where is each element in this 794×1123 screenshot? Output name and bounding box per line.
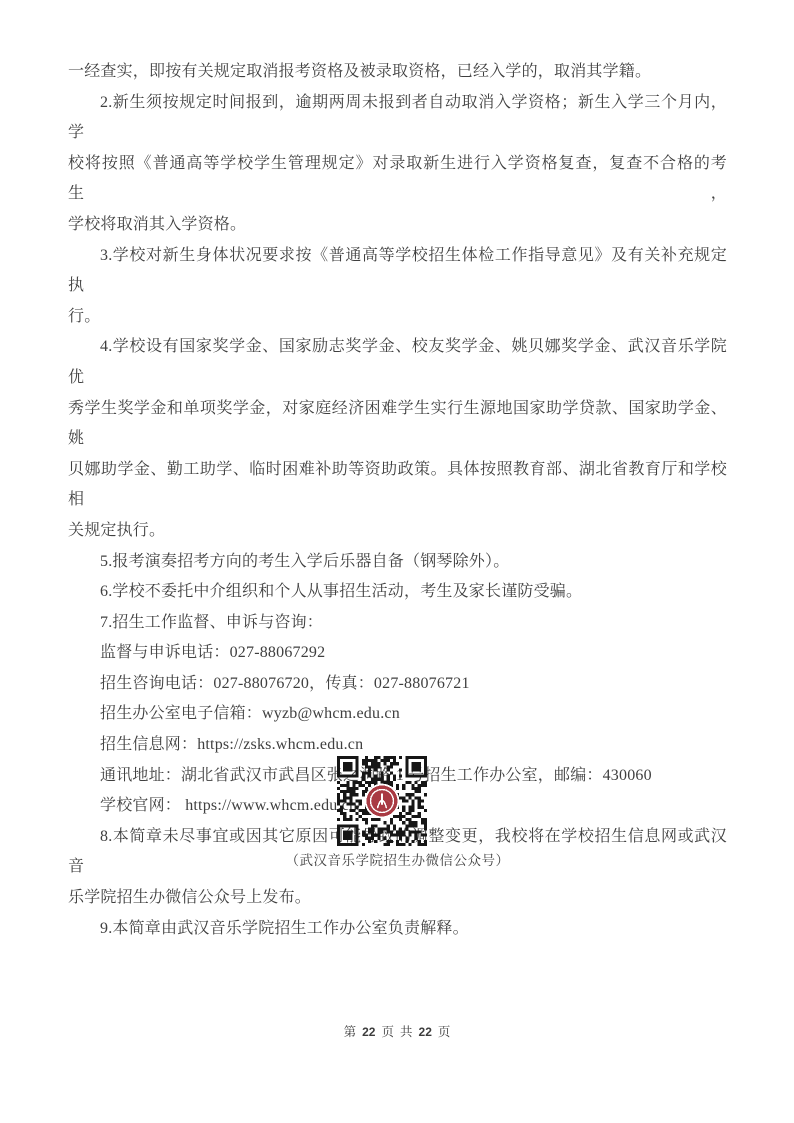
- text-line: 3.学校对新生身体状况要求按《普通高等学校招生体检工作指导意见》及有关补充规定执: [68, 241, 727, 302]
- text-line: 监督与申诉电话：027-88067292: [68, 638, 727, 669]
- qr-code: [337, 756, 427, 846]
- text-line: 关规定执行。: [68, 516, 727, 547]
- text-line: 7.招生工作监督、申诉与咨询：: [68, 608, 727, 639]
- text-line: 2.新生须按规定时间报到，逾期两周未报到者自动取消入学资格；新生入学三个月内，学: [68, 88, 727, 149]
- qr-logo-icon: [365, 784, 400, 819]
- footer-label-ye2: 页: [438, 1025, 451, 1039]
- text-line: 招生办公室电子信箱：wyzb@whcm.edu.cn: [68, 699, 727, 730]
- text-line: 招生咨询电话：027-88076720，传真：027-88076721: [68, 669, 727, 700]
- footer-label-di: 第: [344, 1025, 357, 1039]
- footer-label-gong: 共: [400, 1025, 413, 1039]
- text-line: 行。: [68, 302, 727, 333]
- text-line: 4.学校设有国家奖学金、国家励志奖学金、校友奖学金、姚贝娜奖学金、武汉音乐学院优: [68, 332, 727, 393]
- text-line: 5.报考演奏招考方向的考生入学后乐器自备（钢琴除外）。: [68, 547, 727, 578]
- text-line: 一经查实，即按有关规定取消报考资格及被录取资格，已经入学的，取消其学籍。: [68, 57, 727, 88]
- text-line: 学校将取消其入学资格。: [68, 210, 727, 241]
- text-line: 9.本简章由武汉音乐学院招生工作办公室负责解释。: [68, 914, 727, 945]
- footer-current-page: 22: [362, 1025, 375, 1039]
- qr-caption: （武汉音乐学院招生办微信公众号）: [68, 851, 727, 871]
- text-line: 贝娜助学金、勤工助学、临时困难补助等资助政策。具体按照教育部、湖北省教育厅和学校…: [68, 455, 727, 516]
- page-footer: 第22页共22页: [0, 1023, 794, 1041]
- text-line: 校将按照《普通高等学校学生管理规定》对录取新生进行入学资格复查，复查不合格的考生…: [68, 149, 727, 210]
- document-page: 一经查实，即按有关规定取消报考资格及被录取资格，已经入学的，取消其学籍。2.新生…: [0, 0, 794, 1123]
- text-line: 乐学院招生办微信公众号上发布。: [68, 883, 727, 914]
- qr-code-image: [337, 756, 427, 846]
- text-line: 6.学校不委托中介组织和个人从事招生活动，考生及家长谨防受骗。: [68, 577, 727, 608]
- text-line: 秀学生奖学金和单项奖学金，对家庭经济困难学生实行生源地国家助学贷款、国家助学金、…: [68, 394, 727, 455]
- footer-label-ye: 页: [381, 1025, 394, 1039]
- footer-total-pages: 22: [419, 1025, 432, 1039]
